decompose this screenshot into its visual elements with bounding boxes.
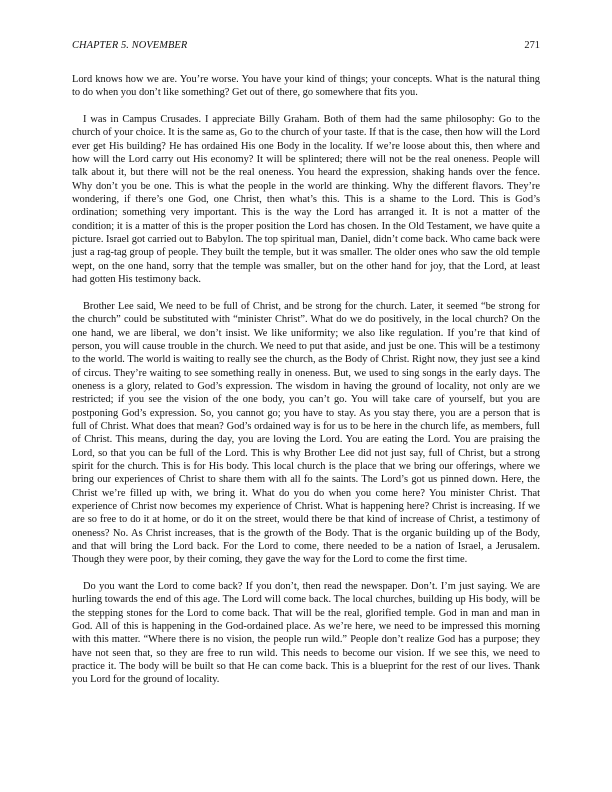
paragraph-campus-crusades: I was in Campus Crusades. I appreciate B… (72, 113, 540, 286)
paragraph-continuation: Lord knows how we are. You’re worse. You… (72, 73, 540, 100)
running-header: CHAPTER 5. NOVEMBER 271 (72, 40, 540, 54)
paragraph-brother-lee: Brother Lee said, We need to be full of … (72, 300, 540, 567)
chapter-title: CHAPTER 5. NOVEMBER (72, 40, 187, 51)
document-page: CHAPTER 5. NOVEMBER 271 Lord knows how w… (72, 40, 540, 700)
paragraph-lord-come-back: Do you want the Lord to come back? If yo… (72, 580, 540, 687)
page-number: 271 (524, 40, 540, 51)
